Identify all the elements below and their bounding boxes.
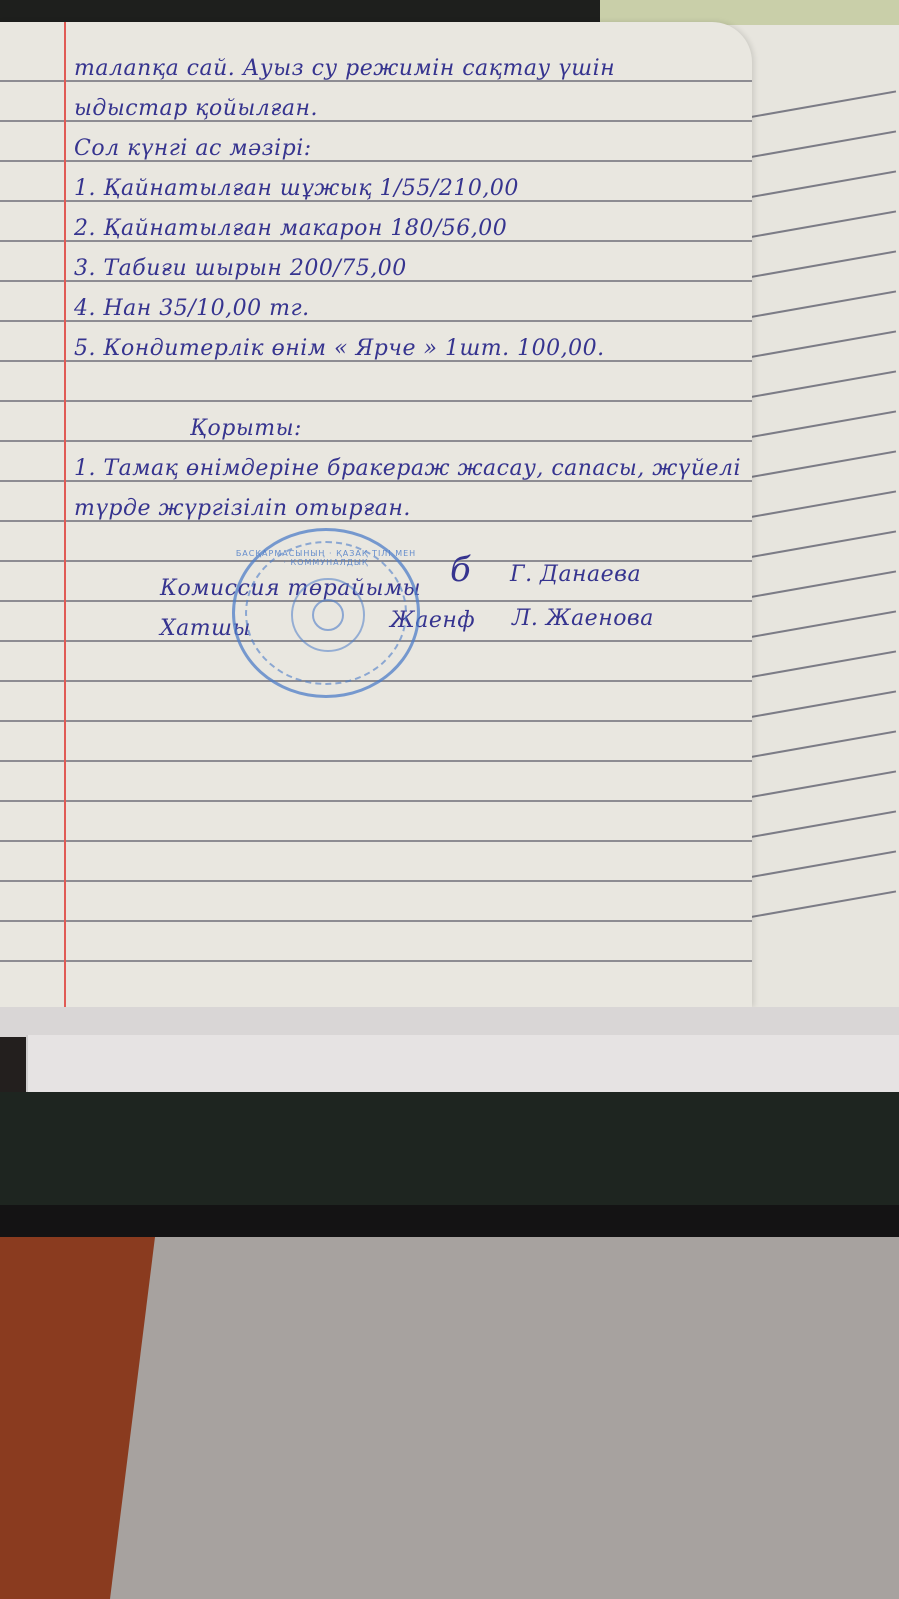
paper-stack [26, 1035, 899, 1093]
notebook-page: талапқа сай. Ауыз су режимін сақтау үшін… [0, 22, 752, 1007]
paper-stack [0, 1007, 899, 1037]
official-stamp: БАСҚАРМАСЫНЫҢ · ҚАЗАҚ ТІЛІ МЕН · КОММУНА… [232, 528, 420, 698]
menu-item: 4. Нан 35/10,00 тг. [74, 296, 310, 321]
signature-name: Л. Жаенова [512, 606, 654, 631]
margin-line [64, 22, 66, 1007]
background-corner [0, 1037, 26, 1097]
ruled-line [0, 440, 752, 442]
conclusion-line: түрде жүргізіліп отырған. [74, 496, 411, 521]
emblem-icon [312, 599, 344, 631]
conclusion-heading: Қорыты: [190, 416, 302, 441]
desk-surface [0, 1092, 899, 1207]
handwritten-line: талапқа сай. Ауыз су режимін сақтау үшін [74, 56, 615, 81]
ruled-line [0, 880, 752, 882]
signature-name: Г. Данаева [510, 562, 641, 587]
stamp-text: БАСҚАРМАСЫНЫҢ · ҚАЗАҚ ТІЛІ МЕН · КОММУНА… [235, 549, 417, 567]
handwritten-line: Сол күнгі ас мәзірі: [74, 136, 312, 161]
ruled-line [0, 840, 752, 842]
desk-edge [0, 1205, 899, 1237]
menu-item: 3. Табиғи шырын 200/75,00 [74, 256, 407, 281]
ruled-line [0, 920, 752, 922]
signature-mark: б [450, 550, 471, 590]
menu-item: 2. Қайнатылған макарон 180/56,00 [74, 216, 507, 241]
blank-sheet [110, 1237, 899, 1599]
conclusion-line: 1. Тамақ өнімдеріне бракераж жасау, сапа… [74, 456, 741, 481]
menu-item: 1. Қайнатылған шұжық 1/55/210,00 [74, 176, 519, 201]
ruled-line [0, 760, 752, 762]
ruled-line [0, 800, 752, 802]
ruled-line [0, 400, 752, 402]
ruled-line [0, 720, 752, 722]
ruled-line [0, 960, 752, 962]
menu-item: 5. Кондитерлік өнім « Ярче » 1шт. 100,00… [74, 336, 605, 361]
handwritten-line: ыдыстар қойылған. [74, 96, 318, 121]
